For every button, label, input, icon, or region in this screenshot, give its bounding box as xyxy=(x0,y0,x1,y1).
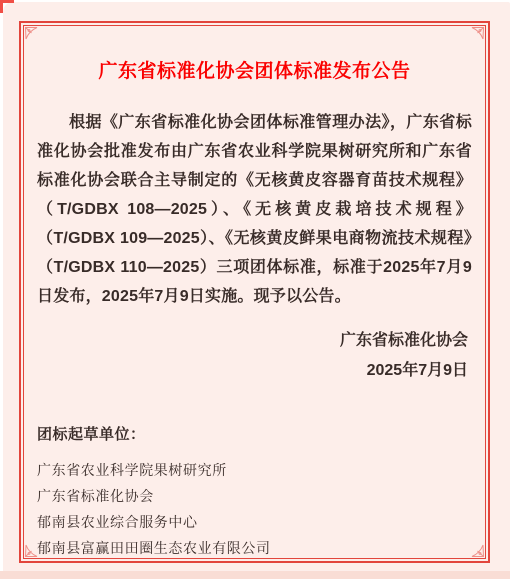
footer-strip xyxy=(0,571,510,579)
decorative-frame: 广东省标准化协会团体标准发布公告 根据《广东省标准化协会团体标准管理办法》，广东… xyxy=(19,21,490,563)
drafters-list: 广东省农业科学院果树研究所 广东省标准化协会 郁南县农业综合服务中心 郁南县富赢… xyxy=(37,463,472,555)
drafters-heading: 团标起草单位： xyxy=(37,423,472,444)
list-item: 广东省标准化协会 xyxy=(37,489,472,503)
announcement-title: 广东省标准化协会团体标准发布公告 xyxy=(37,56,472,83)
decorative-frame-inner: 广东省标准化协会团体标准发布公告 根据《广东省标准化协会团体标准管理办法》，广东… xyxy=(23,25,486,559)
announcement-body: 根据《广东省标准化协会团体标准管理办法》，广东省标准化协会批准发布由广东省农业科… xyxy=(37,108,472,311)
signature-block: 广东省标准化协会 2025年7月9日 xyxy=(37,326,472,386)
signature-date: 2025年7月9日 xyxy=(37,356,468,386)
list-item: 广东省农业科学院果树研究所 xyxy=(37,463,472,477)
corner-crop-mark-icon xyxy=(0,0,14,13)
list-item: 郁南县农业综合服务中心 xyxy=(37,515,472,529)
signature-org: 广东省标准化协会 xyxy=(37,326,468,356)
announcement-content: 广东省标准化协会团体标准发布公告 根据《广东省标准化协会团体标准管理办法》，广东… xyxy=(27,29,482,555)
list-item: 郁南县富赢田田圈生态农业有限公司 xyxy=(37,541,472,555)
announcement-page: { "page": { "card_bg": "#fdeeea", "frame… xyxy=(0,0,510,579)
